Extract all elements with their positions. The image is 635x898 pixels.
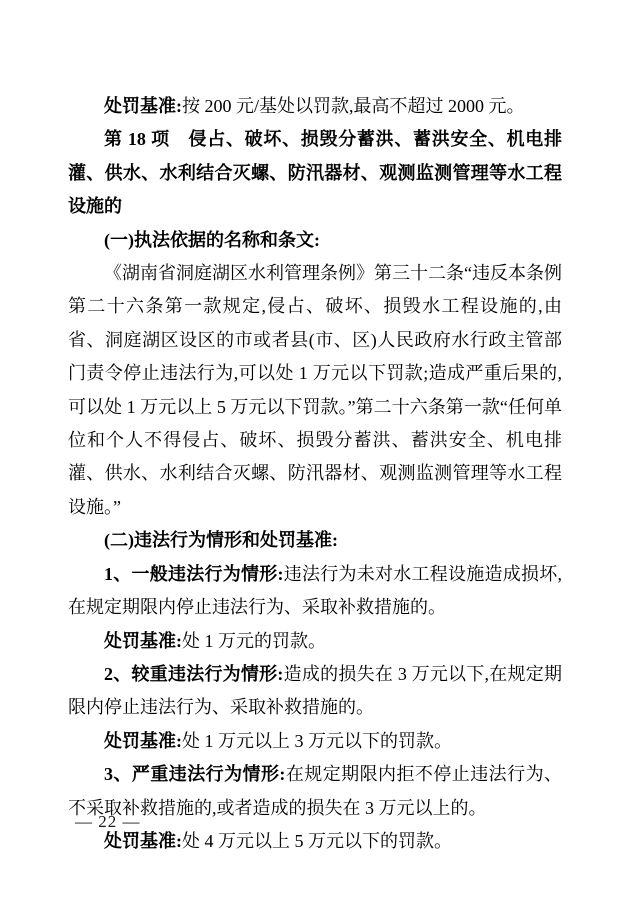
paragraph-lead-label: 处罚基准: xyxy=(104,631,182,651)
paragraph-text: 处 1 万元的罚款。 xyxy=(182,631,326,651)
paragraph-text: 处 4 万元以上 5 万元以下的罚款。 xyxy=(182,831,452,851)
paragraph-legal-basis-body: 《湖南省洞庭湖区水利管理条例》第三十二条“违反本条例第二十六条第一款规定,侵占、… xyxy=(68,257,562,524)
paragraph-lead-label: 处罚基准: xyxy=(104,96,182,116)
section-heading-text: (一)执法依据的名称和条文: xyxy=(104,230,320,250)
paragraph-item-18-heading: 第 18 项 侵占、破坏、损毁分蓄洪、蓄洪安全、机电排灌、供水、水利结合灭螺、防… xyxy=(68,123,562,223)
paragraph-text: 处 1 万元以上 3 万元以下的罚款。 xyxy=(182,731,452,751)
paragraph-text: 《湖南省洞庭湖区水利管理条例》第三十二条“违反本条例第二十六条第一款规定,侵占、… xyxy=(68,263,562,517)
paragraph-lead-label: 1、一般违法行为情形: xyxy=(104,564,284,584)
paragraph-moderate-violation: 2、较重违法行为情形:造成的损失在 3 万元以下,在规定期限内停止违法行为、采取… xyxy=(68,658,562,725)
paragraph-section-1-heading: (一)执法依据的名称和条文: xyxy=(68,224,562,257)
paragraph-lead-label: 处罚基准: xyxy=(104,731,182,751)
paragraph-lead-label: 3、严重违法行为情形: xyxy=(104,764,285,784)
paragraph-lead-label: 2、较重违法行为情形: xyxy=(104,664,283,684)
document-body: 处罚基准:按 200 元/基处以罚款,最高不超过 2000 元。 第 18 项 … xyxy=(68,90,562,858)
paragraph-general-violation: 1、一般违法行为情形:违法行为未对水工程设施造成损坏,在规定期限内停止违法行为、… xyxy=(68,558,562,625)
paragraph-penalty-basis-3: 处罚基准:处 4 万元以上 5 万元以下的罚款。 xyxy=(68,825,562,858)
section-heading-text: (二)违法行为情形和处罚基准: xyxy=(104,530,338,550)
paragraph-serious-violation: 3、严重违法行为情形:在规定期限内拒不停止违法行为、不采取补救措施的,或者造成的… xyxy=(68,758,562,825)
item-heading-text: 第 18 项 侵占、破坏、损毁分蓄洪、蓄洪安全、机电排灌、供水、水利结合灭螺、防… xyxy=(68,129,562,216)
paragraph-text: 按 200 元/基处以罚款,最高不超过 2000 元。 xyxy=(182,96,525,116)
document-page: 处罚基准:按 200 元/基处以罚款,最高不超过 2000 元。 第 18 项 … xyxy=(0,0,635,898)
paragraph-penalty-basis-1: 处罚基准:处 1 万元的罚款。 xyxy=(68,625,562,658)
paragraph-penalty-basis-2: 处罚基准:处 1 万元以上 3 万元以下的罚款。 xyxy=(68,725,562,758)
paragraph-section-2-heading: (二)违法行为情形和处罚基准: xyxy=(68,524,562,557)
page-number: — 22 — xyxy=(75,810,141,834)
paragraph-penalty-basis-intro: 处罚基准:按 200 元/基处以罚款,最高不超过 2000 元。 xyxy=(68,90,562,123)
